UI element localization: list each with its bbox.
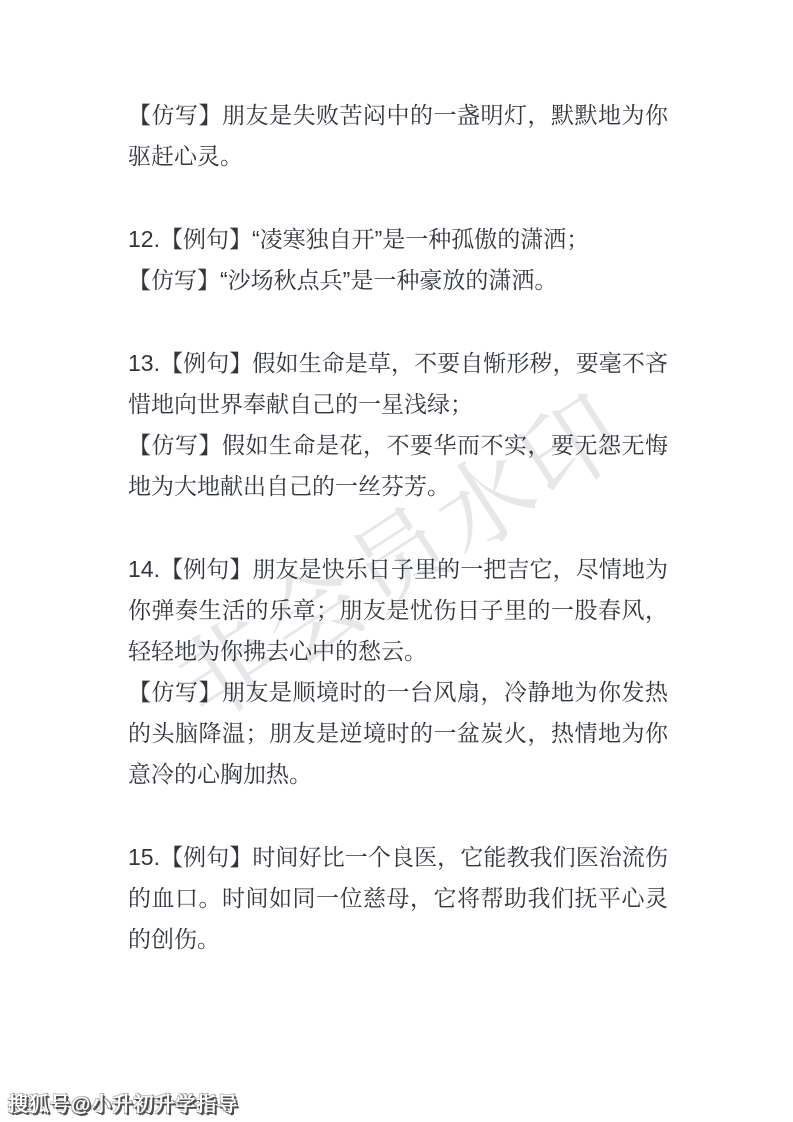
text-block: 13.【例句】假如生命是草，不要自惭形秽，要毫不吝惜地向世界奉献自己的一星浅绿；… [128,343,668,507]
paragraph: 【仿写】朋友是失败苦闷中的一盏明灯，默默地为你驱赶心灵。 [128,95,668,177]
sohu-account-watermark: 搜狐号@小升初升学指导 [8,1088,239,1117]
text-block: 12.【例句】“凌寒独自开”是一种孤傲的潇洒；【仿写】“沙场秋点兵”是一种豪放的… [128,219,668,301]
paragraph: 12.【例句】“凌寒独自开”是一种孤傲的潇洒； [128,219,668,260]
document-body: 【仿写】朋友是失败苦闷中的一盏明灯，默默地为你驱赶心灵。12.【例句】“凌寒独自… [128,95,668,960]
text-block: 15.【例句】时间好比一个良医，它能教我们医治流伤的血口。时间如同一位慈母，它将… [128,837,668,960]
text-block: 14.【例句】朋友是快乐日子里的一把吉它，尽情地为你弹奏生活的乐章；朋友是忧伤日… [128,549,668,795]
text-block: 【仿写】朋友是失败苦闷中的一盏明灯，默默地为你驱赶心灵。 [128,95,668,177]
paragraph: 【仿写】假如生命是花，不要华而不实，要无怨无悔地为大地献出自己的一丝芬芳。 [128,425,668,507]
paragraph: 13.【例句】假如生命是草，不要自惭形秽，要毫不吝惜地向世界奉献自己的一星浅绿； [128,343,668,425]
paragraph: 15.【例句】时间好比一个良医，它能教我们医治流伤的血口。时间如同一位慈母，它将… [128,837,668,960]
paragraph: 【仿写】“沙场秋点兵”是一种豪放的潇洒。 [128,260,668,301]
paragraph: 14.【例句】朋友是快乐日子里的一把吉它，尽情地为你弹奏生活的乐章；朋友是忧伤日… [128,549,668,672]
paragraph: 【仿写】朋友是顺境时的一台风扇，冷静地为你发热的头脑降温；朋友是逆境时的一盆炭火… [128,672,668,795]
document-page: 非会员水印 【仿写】朋友是失败苦闷中的一盏明灯，默默地为你驱赶心灵。12.【例句… [0,0,793,1122]
